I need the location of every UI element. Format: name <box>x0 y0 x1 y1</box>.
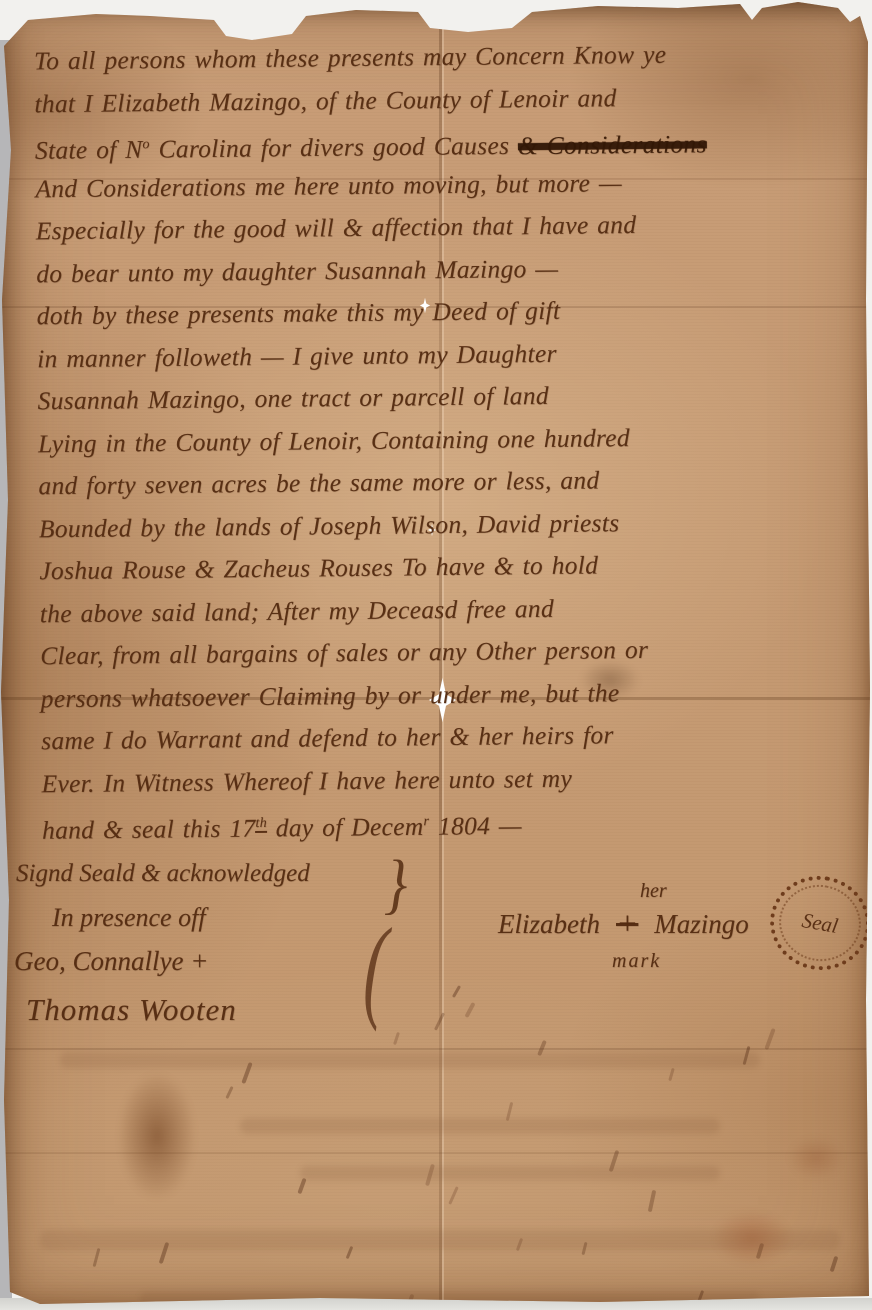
ink-bleed-mark <box>225 1086 233 1099</box>
ink-bleed-mark <box>93 1248 101 1267</box>
line-3-text: Carolina for divers good Causes <box>150 131 518 164</box>
struck-out-text: & Considerations <box>518 129 707 160</box>
ink-bleed-mark <box>830 1256 839 1272</box>
signer-last-name: Mazingo <box>654 909 749 940</box>
date-line-text: day of Decem <box>267 812 424 843</box>
scanned-deed-document: To all persons whom these presents may C… <box>0 0 872 1310</box>
ink-bleed-mark <box>648 1190 656 1212</box>
ink-bleed-mark <box>668 1068 674 1081</box>
deed-line-19: hand & seal this 17th day of Decemr 1804… <box>42 797 864 848</box>
stain <box>788 1136 844 1180</box>
mark-label: mark <box>612 950 661 973</box>
attestation-line-1: Signd Seald & acknowledged <box>16 860 310 888</box>
wax-seal-scribble: Seal <box>763 868 872 978</box>
signature-mark-cross: + <box>610 906 644 943</box>
her-label: her <box>640 880 667 903</box>
ghost-text-band <box>240 1118 720 1134</box>
ink-bleed-mark <box>297 1178 306 1194</box>
ink-bleed-mark <box>452 985 461 998</box>
ghost-text-band <box>300 1166 720 1180</box>
signature-block: Elizabeth + Mazingo <box>498 906 749 943</box>
line-3-text: State of N <box>35 135 143 165</box>
ghost-text-band <box>40 1230 840 1250</box>
date-line-text: hand & seal this 17 <box>42 814 256 845</box>
ink-bleed-mark <box>448 1186 458 1205</box>
attestation-line-2: In presence off <box>52 903 206 933</box>
witness-signature-1: Geo, Connallye + <box>14 946 208 977</box>
deed-body-text: To all persons whom these presents may C… <box>34 32 864 848</box>
signer-first-name: Elizabeth <box>498 909 600 940</box>
date-line-text: 1804 — <box>429 811 522 841</box>
ink-bleed-mark <box>764 1028 775 1050</box>
paren-flourish: ( <box>362 906 390 1027</box>
ink-bleed-mark <box>464 1002 475 1018</box>
ghost-text-band <box>60 1052 760 1068</box>
superscript-th: th <box>255 816 267 833</box>
ink-stain <box>118 1072 196 1200</box>
deed-paper: To all persons whom these presents may C… <box>0 0 872 1310</box>
ink-bleed-mark <box>393 1032 400 1045</box>
seal-label: Seal <box>800 908 840 939</box>
witness-signature-2: Thomas Wooten <box>26 992 237 1028</box>
horizontal-fold-crease <box>0 1048 872 1050</box>
